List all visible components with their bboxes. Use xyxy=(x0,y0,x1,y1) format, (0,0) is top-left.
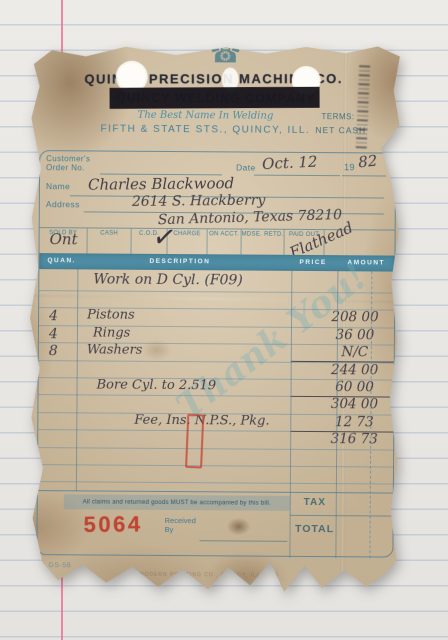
year-line xyxy=(342,175,386,176)
row-description: Rings xyxy=(93,325,130,340)
row-quantity: 8 xyxy=(49,343,58,359)
row-description: Bore Cyl. to 2.519 xyxy=(97,377,217,393)
description-header: DESCRIPTION xyxy=(149,258,210,265)
name-handwritten: Charles Blackwood xyxy=(88,174,234,194)
printer-credit-line: MODERN PRINTING CO., QUINCY, ILLINOIS xyxy=(102,572,316,579)
address-label: Address xyxy=(46,199,80,209)
row-description: Work on D Cyl. (F09) xyxy=(93,271,243,288)
telephone-icon: ☎ xyxy=(210,39,241,69)
company-tagline: The Best Name In Welding xyxy=(83,109,327,122)
payment-cell-mdse-retd: MDSE. RETD. xyxy=(241,230,284,256)
vertical-ink-stamp xyxy=(356,62,371,148)
customer-label-line1: Customer's xyxy=(46,154,90,163)
row-amount: 60 00 xyxy=(321,379,389,395)
receipt-paper: ☎ QUINCY PRECISION MACHINE CO. QUINCY WE… xyxy=(22,38,400,597)
row-amount: 36 00 xyxy=(321,327,389,343)
company-address: FIFTH & STATE STS., QUINCY, ILL. xyxy=(63,123,347,136)
date-handwritten: Oct. 12 xyxy=(262,153,318,173)
total-label: TOTAL xyxy=(290,523,340,535)
year-printed: 19 xyxy=(344,162,355,172)
received-by-line xyxy=(199,540,287,542)
customer-label-line2: Order No. xyxy=(46,163,85,172)
redacted-company-line: QUINCY WELDING COMPANY xyxy=(94,88,338,108)
claims-notice: All claims and returned goods MUST be ac… xyxy=(64,494,290,511)
row-amount: 316 73 xyxy=(320,431,388,447)
receipt-number-stamp: 5064 xyxy=(83,511,142,538)
date-label: Date xyxy=(236,162,256,172)
received-by-label-line2: By xyxy=(165,525,174,534)
amount-header: AMOUNT xyxy=(347,259,385,266)
form-code: GS-58 xyxy=(48,562,71,569)
quan-header: QUAN. xyxy=(47,257,76,264)
terms-label: TERMS: xyxy=(321,112,354,121)
table-row xyxy=(38,465,393,485)
sold-by-initials: Ont xyxy=(50,230,78,248)
price-header: PRICE xyxy=(299,259,326,266)
row-quantity: 4 xyxy=(49,326,58,342)
year-handwritten: 82 xyxy=(357,151,378,171)
city-handwritten: San Antonio, Texas 78210 xyxy=(158,207,343,228)
row-amount: N/C xyxy=(321,344,389,360)
payment-cell-on-acct: ON ACCT. xyxy=(207,229,241,255)
received-by-label-line1: Received xyxy=(165,516,196,525)
row-amount: 304 00 xyxy=(320,396,388,412)
row-description: Washers xyxy=(87,343,143,358)
name-label: Name xyxy=(46,181,70,191)
row-amount: 244 00 xyxy=(321,362,389,378)
tax-label: TAX xyxy=(294,497,336,508)
payment-cell-cash: CASH xyxy=(87,228,131,254)
row-amount: 12 73 xyxy=(320,414,388,430)
table-row: Work on D Cyl. (F09) xyxy=(39,269,394,293)
row-quantity: 4 xyxy=(49,309,58,325)
receipt-form: Customer's Order No. Date Oct. 12 19 82 … xyxy=(36,150,396,557)
receipt-photo: ☎ QUINCY PRECISION MACHINE CO. QUINCY WE… xyxy=(22,38,400,597)
address-handwritten: 2614 S. Hackberry xyxy=(132,193,266,210)
row-amount: 208 00 xyxy=(321,309,389,325)
red-pen-mark xyxy=(185,414,204,469)
row-description: Pistons xyxy=(87,308,135,323)
date-line xyxy=(254,175,340,177)
notebook-paper-background: ☎ QUINCY PRECISION MACHINE CO. QUINCY WE… xyxy=(0,0,448,640)
line-item-table: Work on D Cyl. (F09) 4 Pistons 208 00 4 … xyxy=(38,269,395,493)
tax-row-rule xyxy=(290,515,394,517)
black-marker-redaction xyxy=(110,87,320,109)
